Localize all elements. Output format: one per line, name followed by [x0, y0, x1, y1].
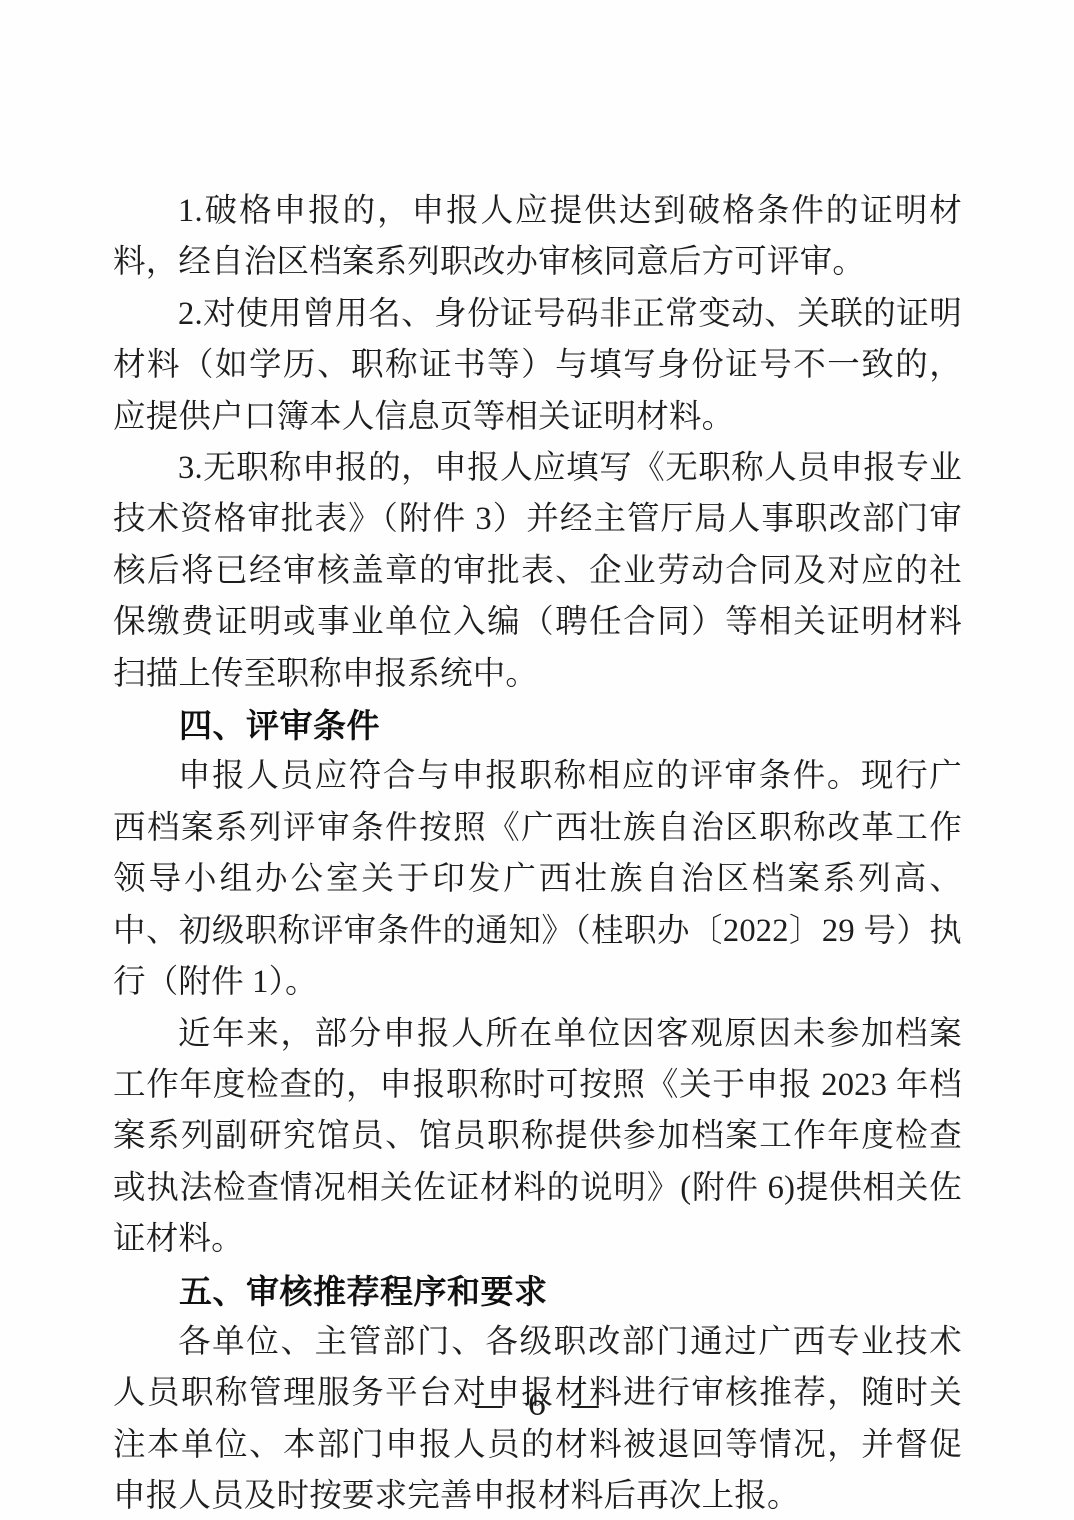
paragraph-review-conditions-2: 近年来，部分申报人所在单位因客观原因未参加档案工作年度检查的，申报职称时可按照《…	[113, 1009, 962, 1266]
section-heading-4-review-conditions: 四、评审条件	[113, 700, 962, 751]
paragraph-rule-3: 3.无职称申报的，申报人应填写《无职称人员申报专业技术资格审批表》（附件 3）并…	[113, 443, 962, 700]
paragraph-rule-1: 1.破格申报的，申报人应提供达到破格条件的证明材料，经自治区档案系列职改办审核同…	[113, 186, 962, 289]
page-number: — 6 —	[0, 1386, 1074, 1426]
paragraph-review-conditions-1: 申报人员应符合与申报职称相应的评审条件。现行广西档案系列评审条件按照《广西壮族自…	[113, 751, 962, 1008]
paragraph-rule-2: 2.对使用曾用名、身份证号码非正常变动、关联的证明材料（如学历、职称证书等）与填…	[113, 289, 962, 443]
document-body: 1.破格申报的，申报人应提供达到破格条件的证明材料，经自治区档案系列职改办审核同…	[113, 186, 962, 1520]
section-heading-5-review-procedure: 五、审核推荐程序和要求	[113, 1266, 962, 1317]
document-page: 1.破格申报的，申报人应提供达到破格条件的证明材料，经自治区档案系列职改办审核同…	[0, 0, 1074, 1520]
